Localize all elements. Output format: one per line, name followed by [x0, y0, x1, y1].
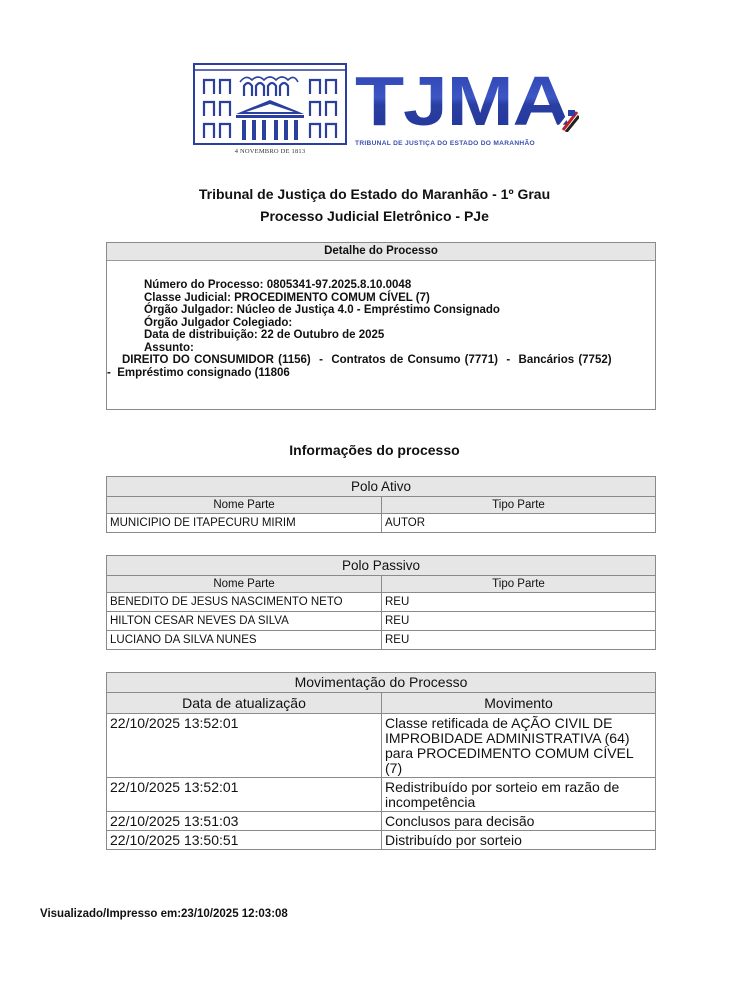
party-name: BENEDITO DE JESUS NASCIMENTO NETO: [107, 593, 382, 612]
process-detail-heading: Detalhe do Processo: [107, 243, 655, 261]
passive-party-table: Polo Passivo Nome Parte Tipo Parte BENED…: [106, 555, 656, 650]
courthouse-seal-icon: [192, 60, 348, 160]
party-type: REU: [382, 612, 656, 631]
movement-description: Classe retificada de AÇÃO CIVIL DE IMPRO…: [382, 714, 656, 778]
table-row: 22/10/2025 13:50:51 Distribuído por sort…: [107, 831, 656, 850]
table-row: LUCIANO DA SILVA NUNES REU: [107, 631, 656, 650]
column-header-name: Nome Parte: [107, 576, 382, 593]
table-row: BENEDITO DE JESUS NASCIMENTO NETO REU: [107, 593, 656, 612]
movements-caption: Movimentação do Processo: [107, 673, 656, 693]
party-name: HILTON CESAR NEVES DA SILVA: [107, 612, 382, 631]
table-row: 22/10/2025 13:52:01 Classe retificada de…: [107, 714, 656, 778]
tjma-logo: 4 NOVEMBRO DE 1813 TJMA TRIBUNAL DE JUST…: [192, 60, 582, 160]
column-header-type: Tipo Parte: [382, 497, 656, 514]
party-type: AUTOR: [382, 514, 656, 533]
collegiate-body: Órgão Julgador Colegiado:: [107, 317, 655, 330]
party-name: LUCIANO DA SILVA NUNES: [107, 631, 382, 650]
brand-wordmark: TJMA: [355, 66, 570, 136]
movement-description: Distribuído por sorteio: [382, 831, 656, 850]
subject-label: Assunto:: [107, 342, 655, 355]
table-row: HILTON CESAR NEVES DA SILVA REU: [107, 612, 656, 631]
active-party-caption: Polo Ativo: [107, 477, 656, 497]
movement-date: 22/10/2025 13:52:01: [107, 778, 382, 812]
subject-line-1: DIREITO DO CONSUMIDOR (1156) - Contratos…: [107, 354, 655, 367]
column-header-name: Nome Parte: [107, 497, 382, 514]
judicial-class: Classe Judicial: PROCEDIMENTO COMUM CÍVE…: [107, 292, 655, 305]
movement-date: 22/10/2025 13:50:51: [107, 831, 382, 850]
party-type: REU: [382, 593, 656, 612]
active-party-table: Polo Ativo Nome Parte Tipo Parte MUNICIP…: [106, 476, 656, 533]
passive-party-caption: Polo Passivo: [107, 556, 656, 576]
printed-timestamp: Visualizado/Impresso em:23/10/2025 12:03…: [40, 908, 288, 920]
distribution-date: Data de distribuição: 22 de Outubro de 2…: [107, 329, 655, 342]
process-movements-table: Movimentação do Processo Data de atualiz…: [106, 672, 656, 850]
brand: TJMA TRIBUNAL DE JUSTIÇA DO ESTADO DO MA…: [355, 66, 580, 156]
movement-description: Redistribuído por sorteio em razão de in…: [382, 778, 656, 812]
table-row: 22/10/2025 13:51:03 Conclusos para decis…: [107, 812, 656, 831]
court-title: Tribunal de Justiça do Estado do Maranhã…: [0, 186, 749, 202]
process-info-heading: Informações do processo: [0, 442, 749, 458]
movement-date: 22/10/2025 13:52:01: [107, 714, 382, 778]
table-row: MUNICIPIO DE ITAPECURU MIRIM AUTOR: [107, 514, 656, 533]
movement-date: 22/10/2025 13:51:03: [107, 812, 382, 831]
movement-description: Conclusos para decisão: [382, 812, 656, 831]
process-detail-box: Detalhe do Processo Número do Processo: …: [106, 242, 656, 410]
maranhao-flag-icon: [559, 106, 579, 132]
process-number: Número do Processo: 0805341-97.2025.8.10…: [107, 279, 655, 292]
table-row: 22/10/2025 13:52:01 Redistribuído por so…: [107, 778, 656, 812]
process-detail-body: Número do Processo: 0805341-97.2025.8.10…: [107, 279, 655, 379]
party-type: REU: [382, 631, 656, 650]
party-name: MUNICIPIO DE ITAPECURU MIRIM: [107, 514, 382, 533]
column-header-type: Tipo Parte: [382, 576, 656, 593]
system-title: Processo Judicial Eletrônico - PJe: [0, 208, 749, 224]
brand-subtitle: TRIBUNAL DE JUSTIÇA DO ESTADO DO MARANHÃ…: [355, 140, 535, 147]
seal-caption: 4 NOVEMBRO DE 1813: [192, 148, 348, 155]
column-header-movement: Movimento: [382, 693, 656, 714]
column-header-date: Data de atualização: [107, 693, 382, 714]
judging-body: Órgão Julgador: Núcleo de Justiça 4.0 - …: [107, 304, 655, 317]
subject-line-2: - Empréstimo consignado (11806: [107, 367, 655, 380]
